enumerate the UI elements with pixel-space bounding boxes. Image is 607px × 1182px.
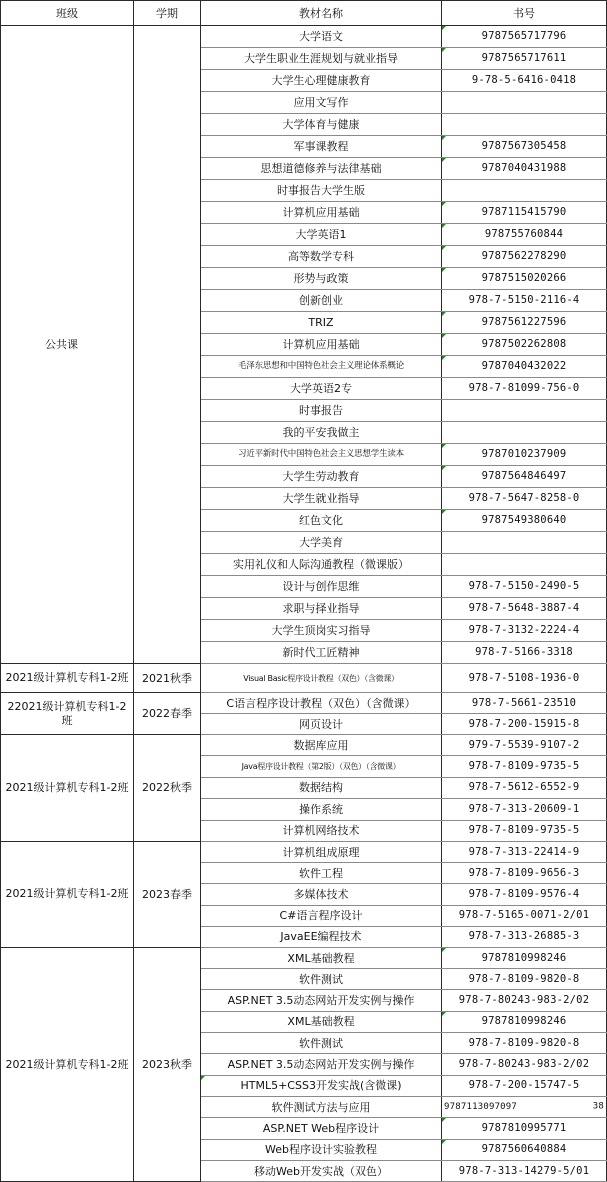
isbn-cell[interactable]: 978-7-5150-2116-4 — [442, 290, 607, 312]
isbn-cell[interactable]: 978-7-5647-8258-0 — [442, 488, 607, 510]
isbn-cell[interactable]: 978-7-5165-0071-2/01 — [442, 905, 607, 926]
header-row: 班级 学期 教材名称 书号 — [1, 1, 607, 26]
isbn-cell[interactable]: 9787562278290 — [442, 246, 607, 268]
isbn-cell[interactable]: 9787565717611 — [442, 48, 607, 70]
book-name-cell[interactable]: 计算机应用基础 — [201, 334, 442, 356]
book-name-cell[interactable]: 软件工程 — [201, 863, 442, 884]
book-name-cell[interactable]: 设计与创作思维 — [201, 576, 442, 598]
term-cell[interactable]: 2021秋季 — [134, 664, 201, 693]
book-name-cell[interactable]: HTML5+CSS3开发实战(含微课) — [201, 1075, 442, 1096]
class-cell[interactable]: 2021级计算机专科1-2班 — [1, 664, 134, 693]
book-name-cell[interactable]: 计算机网络技术 — [201, 820, 442, 841]
isbn-cell[interactable]: 978-7-200-15747-5 — [442, 1075, 607, 1096]
isbn-cell[interactable]: 9787810995771 — [442, 1118, 607, 1139]
book-name-cell[interactable]: 新时代工匠精神 — [201, 642, 442, 664]
term-cell[interactable]: 2023秋季 — [134, 947, 201, 1163]
book-name-cell[interactable]: 我的平安我做主 — [201, 422, 442, 444]
book-name-cell[interactable]: 网页设计 — [201, 714, 442, 735]
isbn-cell[interactable]: 978-7-5661-23510 — [442, 693, 607, 714]
book-name-cell[interactable]: 时事报告大学生版 — [201, 180, 442, 202]
book-name-cell[interactable]: 习近平新时代中国特色社会主义思想学生读本 — [201, 444, 442, 466]
class-cell[interactable]: 2021级计算机专科1-2班 — [1, 947, 134, 1163]
isbn-cell[interactable]: 978755760844 — [442, 224, 607, 246]
book-name-cell[interactable]: 大学生心理健康教育 — [201, 70, 442, 92]
isbn-cell[interactable]: 978-7-3132-2224-4 — [442, 620, 607, 642]
book-name-cell[interactable]: 大学语文 — [201, 26, 442, 48]
book-name-cell[interactable]: 思想道德修养与法律基础 — [201, 158, 442, 180]
book-name-cell[interactable]: 军事课教程 — [201, 136, 442, 158]
isbn-cell[interactable]: 978-7-313-26885-3 — [442, 926, 607, 947]
isbn-cell[interactable] — [442, 400, 607, 422]
isbn-cell[interactable]: 978-7-5166-3318 — [442, 642, 607, 664]
table-row: 2021级计算机专科1-2班2023秋季XML基础教程9787810998246 — [1, 947, 607, 968]
book-name-cell[interactable]: 大学生顶岗实习指导 — [201, 620, 442, 642]
isbn-cell[interactable] — [442, 114, 607, 136]
isbn-cell[interactable]: 978-7-313-20609-1 — [442, 799, 607, 820]
isbn-cell[interactable]: 978-7-8109-9656-3 — [442, 863, 607, 884]
book-name-cell[interactable]: 软件测试 — [201, 1033, 442, 1054]
book-name-cell[interactable]: 毛泽东思想和中国特色社会主义理论体系概论 — [201, 356, 442, 378]
isbn-cell[interactable]: 978-7-200-15915-8 — [442, 714, 607, 735]
book-name-cell[interactable]: 创新创业 — [201, 290, 442, 312]
isbn-cell[interactable]: 978-7-8109-9820-8 — [442, 969, 607, 990]
book-name-cell[interactable]: 应用文写作 — [201, 92, 442, 114]
book-name-cell[interactable]: ASP.NET 3.5动态网站开发实例与操作 — [201, 1054, 442, 1075]
book-name-cell[interactable]: 大学美育 — [201, 532, 442, 554]
book-name-cell[interactable]: 计算机应用基础 — [201, 202, 442, 224]
isbn-cell[interactable]: 978-7-5648-3887-4 — [442, 598, 607, 620]
table-row: 2021级计算机专科1-2班2023春季计算机组成原理978-7-313-224… — [1, 841, 607, 862]
header-isbn[interactable]: 书号 — [442, 1, 607, 26]
isbn-cell[interactable]: 9787115415790 — [442, 202, 607, 224]
table-row: 2021级计算机专科1-2班2022秋季数据库应用979-7-5539-9107… — [1, 735, 607, 756]
book-name-cell[interactable]: JavaEE编程技术 — [201, 926, 442, 947]
book-name-cell[interactable]: 计算机组成原理 — [201, 841, 442, 862]
isbn-cell[interactable]: 978-7-313-22414-9 — [442, 841, 607, 862]
book-name-cell[interactable]: Java程序设计教程（第2版）（双色）（含微课） — [201, 756, 442, 777]
isbn-cell[interactable]: 9787040432022 — [442, 356, 607, 378]
isbn-cell[interactable] — [442, 422, 607, 444]
isbn-cell[interactable]: 9787560640884 — [442, 1139, 607, 1160]
isbn-cell[interactable]: 978-7-81099-756-0 — [442, 378, 607, 400]
term-cell[interactable]: 2022春季 — [134, 693, 201, 735]
isbn-cell[interactable]: 978-7-5612-6552-9 — [442, 777, 607, 798]
book-name-cell[interactable]: TRIZ — [201, 312, 442, 334]
isbn-cell[interactable] — [442, 554, 607, 576]
class-cell[interactable]: 2021级计算机专科1-2班 — [1, 735, 134, 842]
isbn-cell[interactable]: 9787010237909 — [442, 444, 607, 466]
isbn-cell[interactable]: 9787564846497 — [442, 466, 607, 488]
isbn-cell[interactable]: 978-7-8109-9820-8 — [442, 1033, 607, 1054]
book-name-cell[interactable]: 大学生劳动教育 — [201, 466, 442, 488]
term-cell[interactable]: 2022秋季 — [134, 735, 201, 842]
isbn-cell[interactable]: 978711309709738 — [442, 1096, 607, 1117]
table-row: 22021级计算机专科1-2班2022春季C语言程序设计教程（双色）（含微课）9… — [1, 693, 607, 714]
isbn-cell[interactable] — [442, 92, 607, 114]
book-name-cell[interactable]: ASP.NET 3.5动态网站开发实例与操作 — [201, 990, 442, 1011]
table-row: 2021级计算机专科1-2班2021秋季Visual Basic程序设计教程（双… — [1, 664, 607, 693]
book-name-cell[interactable]: 红色文化 — [201, 510, 442, 532]
isbn-cell[interactable]: 9787549380640 — [442, 510, 607, 532]
isbn-cell[interactable]: 978-7-8109-9576-4 — [442, 884, 607, 905]
book-name-cell[interactable]: 数据结构 — [201, 777, 442, 798]
book-name-cell[interactable]: 大学生就业指导 — [201, 488, 442, 510]
term-cell[interactable] — [134, 26, 201, 664]
textbook-table: 班级 学期 教材名称 书号 公共课大学语文9787565717796大学生职业生… — [0, 0, 607, 1163]
isbn-cell[interactable]: 9-78-5-6416-0418 — [442, 70, 607, 92]
book-name-cell[interactable]: 操作系统 — [201, 799, 442, 820]
class-cell[interactable]: 2021级计算机专科1-2班 — [1, 841, 134, 947]
book-name-cell[interactable]: XML基础教程 — [201, 1011, 442, 1032]
isbn-value: 9787113097097 — [444, 1102, 517, 1112]
term-cell[interactable]: 2023春季 — [134, 841, 201, 947]
book-name-cell[interactable]: 软件测试 — [201, 969, 442, 990]
header-class[interactable]: 班级 — [1, 1, 134, 26]
book-name-cell[interactable]: 大学英语1 — [201, 224, 442, 246]
isbn-cell[interactable]: 9787810998246 — [442, 947, 607, 968]
isbn-extra-value: 38 — [593, 1101, 604, 1114]
book-name-cell[interactable]: 时事报告 — [201, 400, 442, 422]
book-name-cell[interactable]: Visual Basic程序设计教程（双色）（含微课） — [201, 664, 442, 693]
isbn-cell[interactable]: 9787040431988 — [442, 158, 607, 180]
book-name-cell[interactable]: 大学体育与健康 — [201, 114, 442, 136]
book-name-cell[interactable]: C语言程序设计教程（双色）（含微课） — [201, 693, 442, 714]
book-name-cell[interactable]: 软件测试方法与应用 — [201, 1096, 442, 1117]
book-name-cell[interactable]: Web程序设计实验教程 — [201, 1139, 442, 1160]
isbn-cell[interactable]: 978-7-80243-983-2/02 — [442, 990, 607, 1011]
book-name-cell[interactable]: XML基础教程 — [201, 947, 442, 968]
isbn-cell[interactable]: 978-7-5108-1936-0 — [442, 664, 607, 693]
book-name-cell[interactable]: 数据库应用 — [201, 735, 442, 756]
book-name-cell[interactable]: 高等数学专科 — [201, 246, 442, 268]
isbn-cell[interactable]: 9787567305458 — [442, 136, 607, 158]
book-name-cell[interactable]: 大学英语2专 — [201, 378, 442, 400]
table-row: 公共课大学语文9787565717796 — [1, 26, 607, 48]
book-name-cell[interactable]: 求职与择业指导 — [201, 598, 442, 620]
isbn-cell[interactable]: 9787502262808 — [442, 334, 607, 356]
isbn-cell[interactable] — [442, 180, 607, 202]
isbn-cell[interactable]: 978-7-8109-9735-5 — [442, 820, 607, 841]
table-body: 公共课大学语文9787565717796大学生职业生涯规划与就业指导978756… — [1, 26, 607, 1164]
isbn-cell[interactable]: 978-7-80243-983-2/02 — [442, 1054, 607, 1075]
isbn-cell[interactable] — [442, 532, 607, 554]
book-name-cell[interactable]: 实用礼仪和人际沟通教程（微课版） — [201, 554, 442, 576]
book-name-cell[interactable]: 大学生职业生涯规划与就业指导 — [201, 48, 442, 70]
isbn-cell[interactable]: 978-7-5150-2490-5 — [442, 576, 607, 598]
class-cell[interactable]: 22021级计算机专科1-2班 — [1, 693, 134, 735]
class-cell[interactable]: 公共课 — [1, 26, 134, 664]
isbn-cell[interactable]: 9787515020266 — [442, 268, 607, 290]
book-name-cell[interactable]: C#语言程序设计 — [201, 905, 442, 926]
book-name-cell[interactable]: ASP.NET Web程序设计 — [201, 1118, 442, 1139]
isbn-cell[interactable]: 9787810998246 — [442, 1011, 607, 1032]
book-name-cell[interactable]: 多媒体技术 — [201, 884, 442, 905]
header-term[interactable]: 学期 — [134, 1, 201, 26]
isbn-cell[interactable]: 9787561227596 — [442, 312, 607, 334]
book-name-cell[interactable]: 形势与政策 — [201, 268, 442, 290]
isbn-cell[interactable]: 978-7-8109-9735-5 — [442, 756, 607, 777]
isbn-cell[interactable]: 979-7-5539-9107-2 — [442, 735, 607, 756]
isbn-cell[interactable]: 9787565717796 — [442, 26, 607, 48]
header-book-name[interactable]: 教材名称 — [201, 1, 442, 26]
